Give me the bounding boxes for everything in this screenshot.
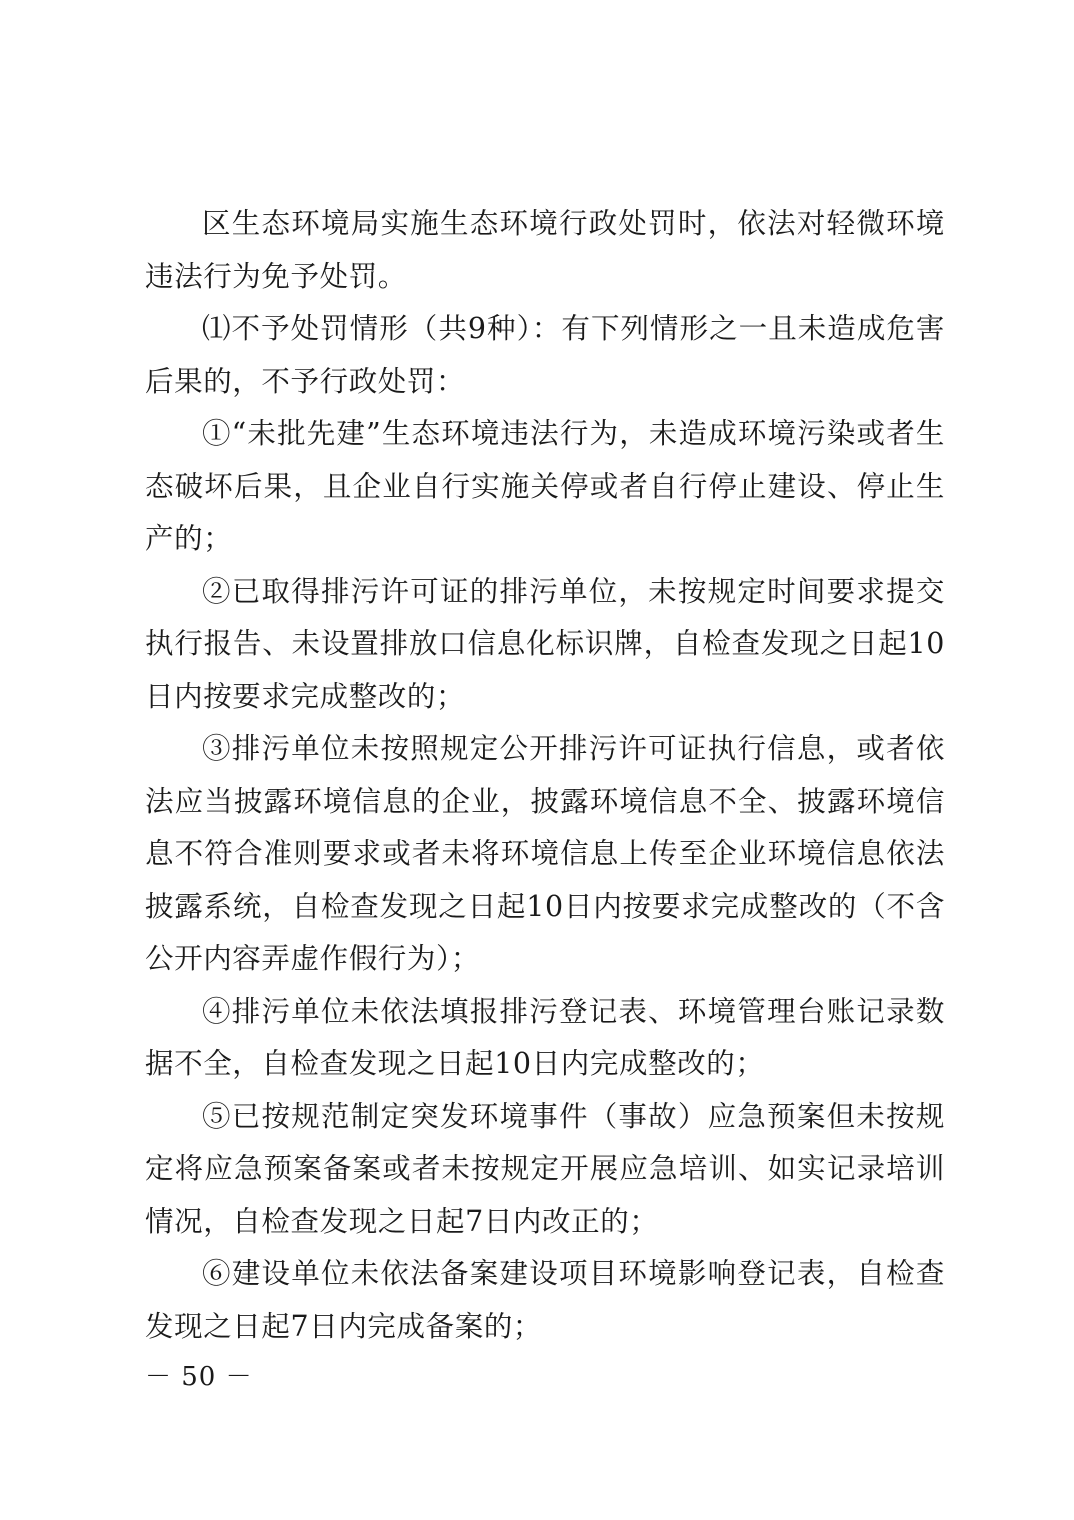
item-5-paragraph: ⑤已按规范制定突发环境事件（事故）应急预案但未按规定将应急预案备案或者未按规定开…: [145, 1091, 945, 1249]
intro-paragraph: 区生态环境局实施生态环境行政处罚时，依法对轻微环境违法行为免予处罚。: [145, 198, 945, 303]
document-body: 区生态环境局实施生态环境行政处罚时，依法对轻微环境违法行为免予处罚。 ⑴不予处罚…: [145, 198, 945, 1353]
item-3-paragraph: ③排污单位未按照规定公开排污许可证执行信息，或者依法应当披露环境信息的企业，披露…: [145, 723, 945, 986]
page-number: － 50 －: [145, 1357, 253, 1397]
item-2-paragraph: ②已取得排污许可证的排污单位，未按规定时间要求提交执行报告、未设置排放口信息化标…: [145, 566, 945, 724]
no-penalty-heading-paragraph: ⑴不予处罚情形（共9种）：有下列情形之一且未造成危害后果的，不予行政处罚：: [145, 303, 945, 408]
item-4-paragraph: ④排污单位未依法填报排污登记表、环境管理台账记录数据不全，自检查发现之日起10日…: [145, 986, 945, 1091]
item-1-paragraph: ①“未批先建”生态环境违法行为，未造成环境污染或者生态破坏后果，且企业自行实施关…: [145, 408, 945, 566]
item-6-paragraph: ⑥建设单位未依法备案建设项目环境影响登记表，自检查发现之日起7日内完成备案的；: [145, 1248, 945, 1353]
